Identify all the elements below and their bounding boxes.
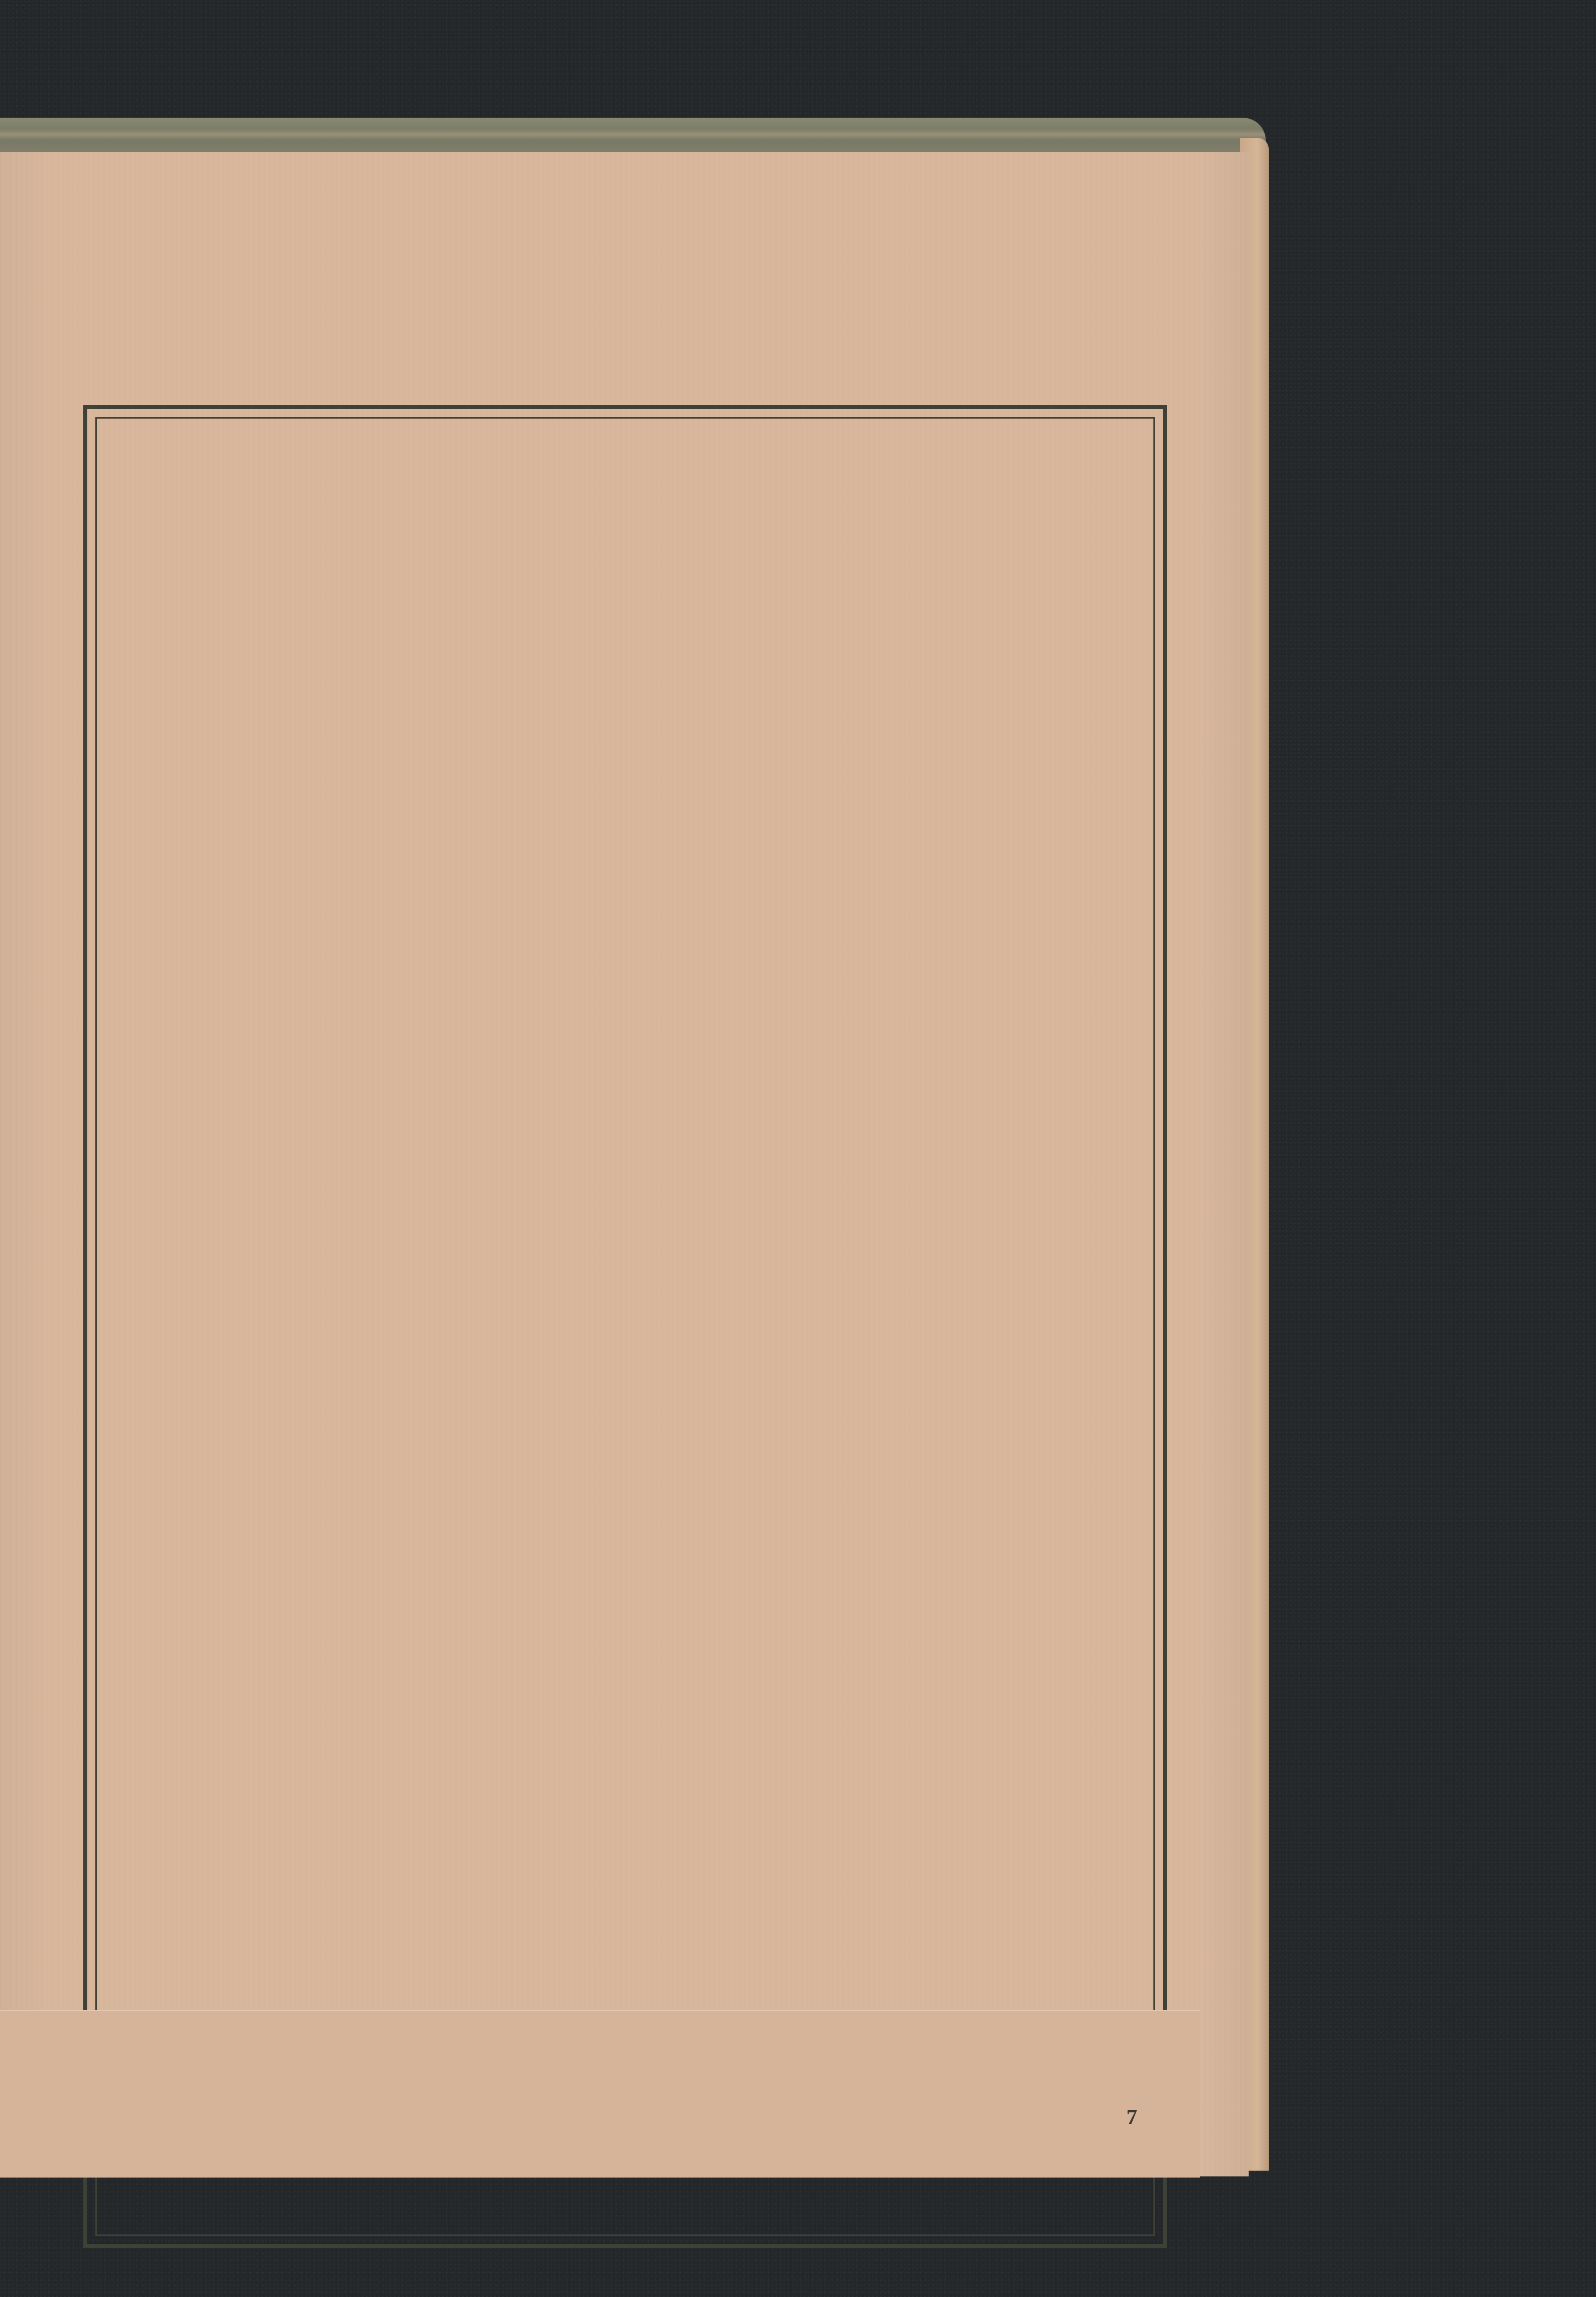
page-number: 7 xyxy=(1126,2105,1137,2130)
page-border-inner xyxy=(95,417,1155,2236)
page-stack-edge xyxy=(0,118,1266,155)
book-page xyxy=(0,152,1249,2176)
previous-leaf-edge xyxy=(0,2010,1200,2178)
page-border-outer xyxy=(83,405,1167,2248)
